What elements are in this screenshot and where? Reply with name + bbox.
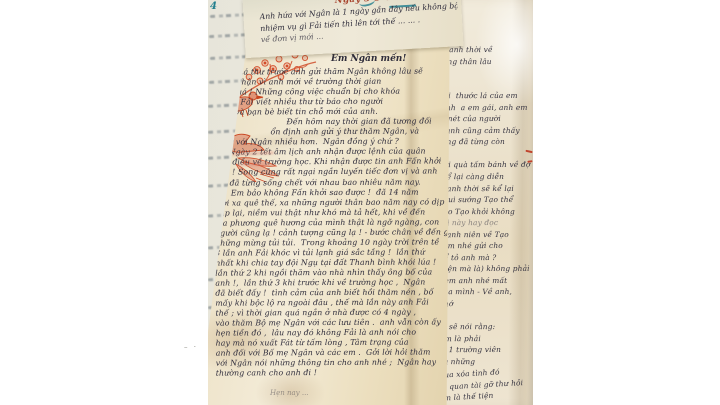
fragment-line: Em là phải — [439, 333, 533, 345]
fragment-line: của mình - Về anh, — [439, 286, 533, 298]
letters-photo: 4 168 quế sẽ anh thời vềcùng thân lâuLúi… — [208, 0, 533, 405]
fragment-line — [438, 67, 533, 79]
fragment-line: thanh niên về Tạo — [439, 229, 533, 241]
letter-body-lines: Lá thư trước anh gửi thăm Ngân không lâu… — [214, 66, 448, 379]
fragment-line: là 1 trường viên — [439, 344, 533, 356]
fragment-line — [438, 79, 533, 91]
fragment-line: gì sẽ nói rằng: — [439, 321, 533, 333]
fragment-line: g anh cũng cảm thấy — [438, 125, 533, 137]
fragment-line: nhớ — [439, 298, 533, 310]
right-sheet-fragment-lines: sẽ anh thời vềcùng thân lâuLúi thước lá … — [438, 44, 533, 402]
fragment-line: vì nét của người — [438, 113, 533, 125]
letter-salutation: Em Ngân mến! — [331, 54, 406, 64]
fragment-line: - vui sướng Tạo thể — [439, 194, 533, 206]
fragment-line: (tiện mà là) không phải — [439, 263, 533, 275]
letter-line: lắm ! Song cũng rất ngại ngần luyến tiếc… — [215, 167, 447, 178]
letter-line: Em bảo không Fấn khởi sao được ! đã 14 n… — [215, 187, 447, 198]
teal-numeral-mark: 4 — [210, 1, 217, 12]
fragment-line: gửi quà tấm bánh về đợ — [439, 159, 533, 171]
letter-line: ổn định anh gửi ý thư thăm Ngân, và — [215, 127, 447, 138]
fragment-line: cho Tạo khỏi không — [439, 206, 533, 218]
fragment-line: Xem anh nhé mất — [439, 275, 533, 287]
fragment-line: để tỏ anh mà ? — [439, 252, 533, 264]
letter-line: hẹn tiền đó , lâu nay đó không Fải là an… — [216, 328, 448, 339]
fragment-line: xem nhé gửi cho — [439, 240, 533, 252]
letter-line: Lá thư trước anh gửi thăm Ngân không lâu… — [214, 66, 446, 77]
faded-footer-note: Hẹn nay ... — [270, 389, 309, 397]
fragment-line: thể lại càng diễn — [439, 171, 533, 183]
fragment-line: Tình a em gái, anh em — [438, 102, 533, 114]
letter-line: thường canh cho anh đi ! — [216, 368, 448, 379]
letter-line: với Ngân nói những thông tin cho anh nhé… — [216, 358, 448, 369]
main-letter-sheet: 7-5 Ngày 7-3-68 Em Ngân mến! Lá thư trướ… — [208, 0, 450, 405]
fragment-body-lines: Anh hứa với Ngân là 1 ngày gần đây nếu k… — [259, 0, 459, 45]
faded-red-smudge — [238, 163, 268, 167]
fragment-line: y. anh thời sẽ kể lại — [439, 182, 533, 194]
fragment-line: Lúi thước lá của em — [438, 90, 533, 102]
fragment-line — [439, 309, 533, 321]
fragment-line: cùng thân lâu — [438, 55, 533, 67]
fragment-line: từng đã từng còn — [438, 136, 533, 148]
speck-marks: – · — [184, 343, 198, 351]
letter-line: em đã từng sống chết với nhau bao nhiêu … — [215, 177, 447, 188]
fragment-line: thì này hay đọc — [439, 217, 533, 229]
fragment-line — [439, 148, 533, 160]
